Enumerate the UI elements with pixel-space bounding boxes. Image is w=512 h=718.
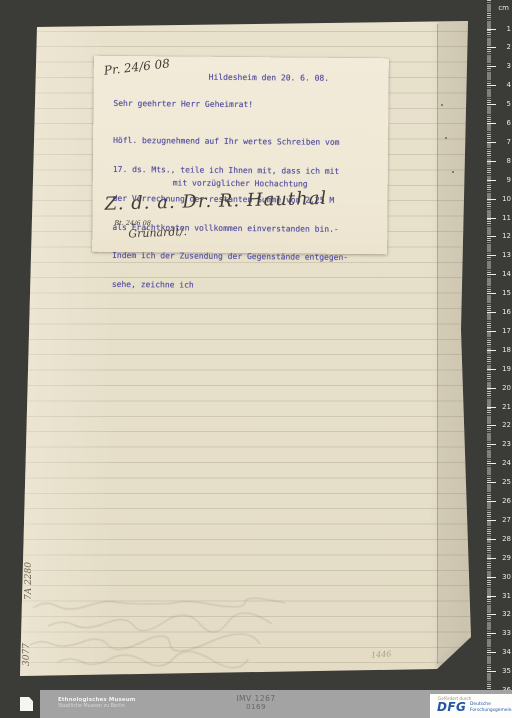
footer-bar: Ethnologisches Museum Staatliche Museen …: [0, 690, 512, 718]
ruler-cm-tick: [487, 633, 496, 634]
fold-line: [437, 24, 438, 664]
pencil-annotation-vertical-bottom: 3077: [22, 643, 32, 666]
ruler-cm-number: 32: [497, 611, 511, 618]
ruler-cm-tick: [487, 85, 496, 86]
ruler-cm-number: 10: [497, 196, 511, 203]
ruler-cm-tick: [487, 123, 496, 124]
ruler-cm-tick: [487, 312, 496, 313]
dfg-acronym: DFG: [437, 700, 466, 714]
ruler-cm-number: 25: [497, 479, 511, 486]
ruler-cm-number: 11: [497, 215, 511, 222]
ruler-cm-number: 29: [497, 555, 511, 562]
ruler-cm-tick: [487, 671, 496, 672]
ruler-cm-number: 18: [497, 347, 511, 354]
pencil-annotation-faint: 1446: [371, 649, 392, 659]
ruler-cm-tick: [487, 293, 496, 294]
ruler-cm-number: 19: [497, 366, 511, 373]
letter-body: Höfl. bezugnehmend auf Ihr wertes Schrei…: [112, 117, 350, 311]
ruler-cm-number: 27: [497, 517, 511, 524]
received-date-annotation: Pr. 24/6 08: [103, 56, 170, 77]
ruler-cm-number: 20: [497, 385, 511, 392]
ruler-cm-tick: [487, 66, 496, 67]
ruler-cm-tick: [487, 199, 496, 200]
ruler-cm-tick: [487, 161, 496, 162]
ruler-cm-number: 1: [497, 26, 511, 33]
ruler-cm-number: 9: [497, 177, 511, 184]
ruler-cm-tick: [487, 104, 496, 105]
ruler-cm-number: 21: [497, 404, 511, 411]
ruler-cm-number: 28: [497, 536, 511, 543]
ruler-cm-number: 26: [497, 498, 511, 505]
ruler-cm-number: 16: [497, 309, 511, 316]
ruler-cm-tick: [487, 180, 496, 181]
pencil-annotation-vertical-top: 7A 2280: [24, 562, 34, 600]
ruler-cm-number: 2: [497, 44, 511, 51]
ruler-cm-tick: [487, 29, 496, 30]
ruler-cm-tick: [487, 520, 496, 521]
scanned-document-view: 7A 2280 3077 1446 Pr. 24/6 08 Hildesheim…: [0, 0, 512, 718]
dfg-name-line1: Deutsche: [470, 702, 491, 707]
ruler-cm-tick: [487, 652, 496, 653]
ruler-cm-number: 33: [497, 630, 511, 637]
ruler-cm-number: 35: [497, 668, 511, 675]
pinhole: [452, 171, 454, 173]
ruler-cm-tick: [487, 425, 496, 426]
ruler-cm-number: 13: [497, 252, 511, 259]
ruler-cm-tick: [487, 388, 496, 389]
ruler-cm-number: 4: [497, 82, 511, 89]
ruler: cm 1234567891011121314151617181920212223…: [484, 0, 512, 690]
ruler-cm-number: 7: [497, 139, 511, 146]
letter-closing: mit vorzüglicher Hochachtung: [173, 178, 308, 189]
fold-shading: [438, 22, 468, 666]
ruler-cm-tick: [487, 558, 496, 559]
ruler-cm-number: 12: [497, 233, 511, 240]
ruler-cm-number: 24: [497, 460, 511, 467]
ruler-cm-number: 6: [497, 120, 511, 127]
dfg-name-line2: Forschungsgemeinschaft: [470, 708, 512, 713]
ruler-cm-number: 17: [497, 328, 511, 335]
ruler-cm-number: 15: [497, 290, 511, 297]
ruler-cm-tick: [487, 596, 496, 597]
ruler-cm-tick: [487, 47, 496, 48]
ruler-cm-number: 22: [497, 422, 511, 429]
ruler-cm-tick: [487, 577, 496, 578]
pinhole: [441, 104, 443, 106]
letter-body-line: Höfl. bezugnehmend auf Ihr wertes Schrei…: [113, 136, 349, 148]
ruler-cm-tick: [487, 274, 496, 275]
ruler-cm-tick: [487, 350, 496, 351]
letter-card: Pr. 24/6 08 Hildesheim den 20. 6. 08. Se…: [92, 56, 389, 255]
ruler-cm-tick: [487, 444, 496, 445]
letter-salutation: Sehr geehrter Herr Geheimrat!: [113, 99, 253, 110]
letter-body-line: Indem ich der Zusendung der Gegenstände …: [112, 251, 348, 263]
ruler-cm-tick: [487, 539, 496, 540]
letter-body-line: sehe, zeichne ich: [112, 280, 348, 292]
ruler-unit-label: cm: [498, 4, 509, 12]
ruler-cm-tick: [487, 369, 496, 370]
ruler-cm-tick: [487, 331, 496, 332]
ruler-cm-tick: [487, 255, 496, 256]
ruler-cm-tick: [487, 218, 496, 219]
ruler-cm-number: 34: [497, 649, 511, 656]
ruler-cm-tick: [487, 501, 496, 502]
dfg-logo: Gefördert durch DFG Deutsche Forschungsg…: [430, 694, 512, 718]
ruler-cm-number: 31: [497, 593, 511, 600]
letter-body-line: 17. ds. Mts., teile ich Ihnen mit, dass …: [113, 165, 349, 177]
ruler-cm-number: 14: [497, 271, 511, 278]
ruler-cm-tick: [487, 236, 496, 237]
ghost-handwriting: [28, 590, 418, 675]
ruler-cm-tick: [487, 614, 496, 615]
ruler-cm-tick: [487, 407, 496, 408]
ruler-cm-tick: [487, 142, 496, 143]
letter-dateline: Hildesheim den 20. 6. 08.: [209, 73, 330, 84]
ruler-cm-number: 23: [497, 441, 511, 448]
ruler-cm-number: 30: [497, 574, 511, 581]
ruler-cm-number: 3: [497, 63, 511, 70]
pinhole: [445, 137, 447, 139]
ruler-cm-tick: [487, 463, 496, 464]
signature-gruenardt: Grünardt/.: [128, 225, 187, 241]
ruler-cm-number: 5: [497, 101, 511, 108]
ruler-cm-tick: [487, 482, 496, 483]
ruler-cm-number: 8: [497, 158, 511, 165]
